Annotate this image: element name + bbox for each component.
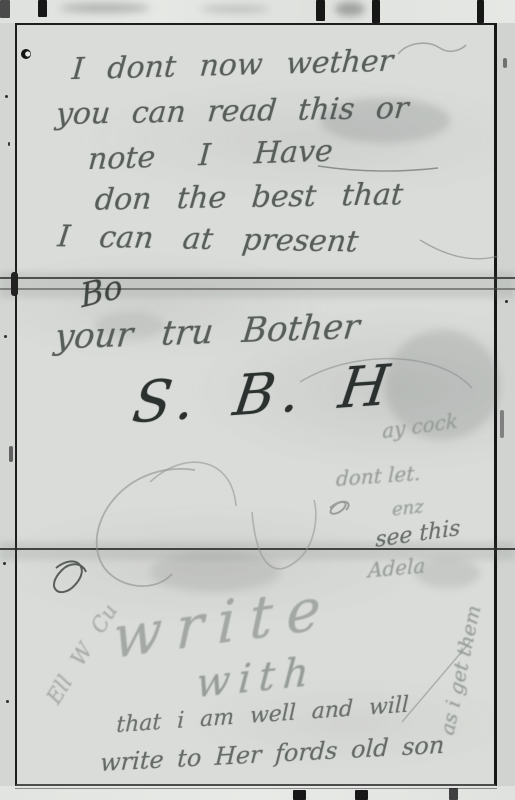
speck xyxy=(8,142,10,146)
edge-mark xyxy=(500,410,504,438)
speck xyxy=(3,562,6,565)
letter-scan: I dont now wether you can read this or n… xyxy=(0,0,515,800)
left-margin-dark-flourish xyxy=(54,561,86,592)
speck xyxy=(505,300,508,303)
speck xyxy=(4,335,7,338)
pencil-flourishes xyxy=(0,0,515,800)
flourish-u-shape xyxy=(252,500,316,569)
flourish-have-tail xyxy=(318,166,438,171)
flourish-big-c-inner xyxy=(150,462,236,506)
speck xyxy=(5,95,8,98)
speck xyxy=(6,700,9,703)
flourish-big-c xyxy=(97,469,195,586)
flourish-top-right xyxy=(398,43,466,54)
edge-mark xyxy=(9,446,13,462)
edge-mark xyxy=(503,58,507,68)
crease-knot xyxy=(11,272,18,296)
flourish-diagonal-stroke xyxy=(402,642,470,722)
scribble-blot xyxy=(330,502,349,514)
flourish-present-tail xyxy=(420,240,498,259)
flourish-signature-sweep xyxy=(300,359,472,388)
